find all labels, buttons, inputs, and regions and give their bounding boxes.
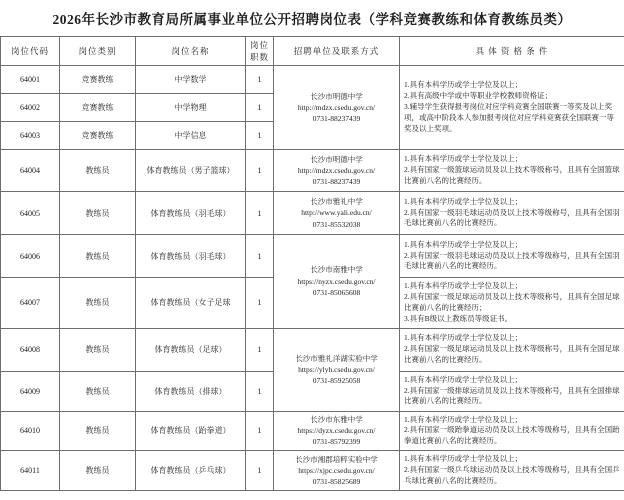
qualification-item: 1.具有本科学历或学士学位及以上；: [404, 80, 620, 91]
qualification-item: 2.具有国家一级篮球运动员及以上技术等级称号，且具有全国篮球比赛前八名的比赛经历…: [404, 165, 620, 187]
unit-name: 长沙市南雅中学: [277, 264, 396, 275]
positions-table: 岗位代码 岗位类别 岗位名称 岗位职数 招聘单位及联系方式 具 体 资 格 条 …: [0, 36, 624, 491]
cell-headcount: 1: [246, 150, 274, 192]
table-row: 64010教练员体育教练员（跆拳道）1长沙市东雅中学https://dyzx.c…: [1, 411, 624, 451]
cell-position-code: 64011: [1, 451, 60, 491]
table-row: 64011教练员体育教练员（乒乓球）1长沙市湘郡培粹实验中学https://xj…: [1, 451, 624, 491]
unit-url: https://nyzx.csedu.gov.cn/: [277, 276, 396, 287]
table-row: 64005教练员体育教练员（羽毛球）1长沙市雅礼中学http://www.yal…: [1, 192, 624, 235]
unit-url: https://ylyh.csedu.gov.cn/: [277, 364, 396, 375]
unit-name: 长沙市雅礼中学: [277, 196, 396, 207]
cell-qualifications: 1.具有本科学历或学士学位及以上；2.具有国家一级跆拳道运动员及以上技术等级称号…: [400, 411, 624, 451]
cell-position-code: 64009: [1, 371, 60, 411]
cell-position-code: 64005: [1, 192, 60, 235]
cell-qualifications: 1.具有本科学历或学士学位及以上；2.具有高级中学或中等职业学校教师资格证；3.…: [400, 66, 624, 150]
table-row: 64006教练员体育教练员（羽毛球）1长沙市南雅中学https://nyzx.c…: [1, 235, 624, 278]
cell-category: 教练员: [60, 278, 136, 329]
unit-phone: 0731-85925058: [277, 375, 396, 386]
unit-name: 长沙市明德中学: [277, 91, 396, 102]
cell-position-code: 64002: [1, 94, 60, 122]
unit-url: https://dyzx.csedu.gov.cn/: [277, 425, 396, 436]
qualification-item: 2.具有国家一级排球运动员及以上技术等级称号，且具有全国排球比赛前八名的比赛经历…: [404, 386, 620, 408]
recruitment-table-page: 2026年长沙市教育局所属事业单位公开招聘岗位表（学科竞赛教练和体育教练员类） …: [0, 0, 624, 500]
cell-position-name: 中学物理: [136, 94, 246, 122]
cell-position-name: 体育教练员（跆拳道）: [136, 411, 246, 451]
cell-position-name: 体育教练员（女子足球: [136, 278, 246, 329]
header-category: 岗位类别: [60, 37, 136, 66]
cell-qualifications: 1.具有本科学历或学士学位及以上；2.具有国家一级羽毛球运动员及以上技术等级称号…: [400, 235, 624, 278]
cell-position-name: 体育教练员（男子篮球）: [136, 150, 246, 192]
cell-position-name: 体育教练员（乒乓球）: [136, 451, 246, 491]
cell-position-code: 64006: [1, 235, 60, 278]
cell-position-code: 64007: [1, 278, 60, 329]
qualification-item: 3.具有B级以上教练员等级证书。: [404, 314, 620, 325]
cell-position-name: 中学数学: [136, 66, 246, 94]
cell-category: 教练员: [60, 451, 136, 491]
cell-position-name: 体育教练员（羽毛球）: [136, 192, 246, 235]
qualification-item: 2.具有国家一级足球运动员及以上技术等级称号，且具有全国足球比赛前八名的比赛经历…: [404, 344, 620, 366]
header-recruiting-unit: 招聘单位及联系方式: [274, 37, 400, 66]
cell-headcount: 1: [246, 278, 274, 329]
qualification-item: 1.具有本科学历或学士学位及以上；: [404, 240, 620, 251]
cell-position-code: 64004: [1, 150, 60, 192]
cell-recruiting-unit: 长沙市明德中学http://mdzx.csedu.gov.cn/0731-882…: [274, 150, 400, 192]
unit-url: http://mdzx.csedu.gov.cn/: [277, 102, 396, 113]
cell-headcount: 1: [246, 235, 274, 278]
cell-headcount: 1: [246, 328, 274, 371]
cell-headcount: 1: [246, 371, 274, 411]
cell-qualifications: 1.具有本科学历或学士学位及以上；2.具有国家一级篮球运动员及以上技术等级称号，…: [400, 150, 624, 192]
cell-position-code: 64010: [1, 411, 60, 451]
table-row: 64004教练员体育教练员（男子篮球）1长沙市明德中学http://mdzx.c…: [1, 150, 624, 192]
table-row: 64008教练员体育教练员（足球）1长沙市雅礼洋湖实验中学https://yly…: [1, 328, 624, 371]
unit-url: http://mdzx.csedu.gov.cn/: [277, 165, 396, 176]
cell-position-name: 中学信息: [136, 122, 246, 150]
qualification-item: 2.具有高级中学或中等职业学校教师资格证；: [404, 91, 620, 102]
cell-headcount: 1: [246, 66, 274, 94]
positions-tbody: 64001竞赛教练中学数学1长沙市明德中学http://mdzx.csedu.g…: [1, 66, 624, 491]
unit-url: https://xjpc.csedu.gov.cn/: [277, 465, 396, 476]
unit-name: 长沙市湘郡培粹实验中学: [277, 454, 396, 465]
qualification-item: 1.具有本科学历或学士学位及以上；: [404, 197, 620, 208]
cell-qualifications: 1.具有本科学历或学士学位及以上；2.具有国家一级排球运动员及以上技术等级称号，…: [400, 371, 624, 411]
qualification-item: 2.具有国家一级足球运动员及以上技术等级称号，且具有全国足球比赛前八名的比赛经历…: [404, 292, 620, 314]
qualification-item: 1.具有本科学历或学士学位及以上；: [404, 415, 620, 426]
header-qualifications: 具 体 资 格 条 件: [400, 37, 624, 66]
table-header: 岗位代码 岗位类别 岗位名称 岗位职数 招聘单位及联系方式 具 体 资 格 条 …: [1, 37, 624, 66]
cell-category: 教练员: [60, 150, 136, 192]
cell-category: 竞赛教练: [60, 66, 136, 94]
cell-recruiting-unit: 长沙市明德中学http://mdzx.csedu.gov.cn/0731-882…: [274, 66, 400, 150]
header-row: 岗位代码 岗位类别 岗位名称 岗位职数 招聘单位及联系方式 具 体 资 格 条 …: [1, 37, 624, 66]
unit-name: 长沙市雅礼洋湖实验中学: [277, 353, 396, 364]
unit-phone: 0731-85792399: [277, 436, 396, 447]
qualification-item: 2.具有国家一级乒乓球运动员及以上技术等级称号，且具有全国乒乓球比赛前八名的比赛…: [404, 465, 620, 487]
cell-position-code: 64008: [1, 328, 60, 371]
qualification-item: 1.具有本科学历或学士学位及以上；: [404, 333, 620, 344]
cell-recruiting-unit: 长沙市雅礼中学http://www.yali.edu.cn/0731-85532…: [274, 192, 400, 235]
cell-category: 教练员: [60, 411, 136, 451]
qualification-item: 1.具有本科学历或学士学位及以上；: [404, 281, 620, 292]
cell-position-name: 体育教练员（羽毛球）: [136, 235, 246, 278]
qualification-item: 3.辅导学生获得报考岗位对应学科竞赛全国联赛一等奖及以上奖项，或高中阶段本人参加…: [404, 102, 620, 135]
qualification-item: 1.具有本科学历或学士学位及以上；: [404, 454, 620, 465]
cell-headcount: 1: [246, 94, 274, 122]
unit-phone: 0731-85065608: [277, 287, 396, 298]
unit-phone: 0731-85825689: [277, 476, 396, 487]
cell-category: 教练员: [60, 371, 136, 411]
qualification-item: 2.具有国家一级羽毛球运动员及以上技术等级称号，且具有全国羽毛球比赛前八名的比赛…: [404, 251, 620, 273]
unit-name: 长沙市东雅中学: [277, 414, 396, 425]
cell-recruiting-unit: 长沙市南雅中学https://nyzx.csedu.gov.cn/0731-85…: [274, 235, 400, 329]
unit-url: http://www.yali.edu.cn/: [277, 207, 396, 218]
cell-qualifications: 1.具有本科学历或学士学位及以上；2.具有国家一级足球运动员及以上技术等级称号，…: [400, 278, 624, 329]
cell-qualifications: 1.具有本科学历或学士学位及以上；2.具有国家一级羽毛球运动员及以上技术等级称号…: [400, 192, 624, 235]
cell-category: 竞赛教练: [60, 94, 136, 122]
cell-category: 教练员: [60, 192, 136, 235]
cell-headcount: 1: [246, 192, 274, 235]
cell-headcount: 1: [246, 122, 274, 150]
cell-recruiting-unit: 长沙市东雅中学https://dyzx.csedu.gov.cn/0731-85…: [274, 411, 400, 451]
cell-position-code: 64001: [1, 66, 60, 94]
cell-headcount: 1: [246, 451, 274, 491]
cell-headcount: 1: [246, 411, 274, 451]
cell-position-code: 64003: [1, 122, 60, 150]
cell-qualifications: 1.具有本科学历或学士学位及以上；2.具有国家一级足球运动员及以上技术等级称号，…: [400, 328, 624, 371]
cell-position-name: 体育教练员（排球）: [136, 371, 246, 411]
cell-category: 教练员: [60, 328, 136, 371]
table-row: 64001竞赛教练中学数学1长沙市明德中学http://mdzx.csedu.g…: [1, 66, 624, 94]
unit-phone: 0731-88237439: [277, 176, 396, 187]
page-title: 2026年长沙市教育局所属事业单位公开招聘岗位表（学科竞赛教练和体育教练员类）: [0, 0, 624, 36]
qualification-item: 2.具有国家一级跆拳道运动员及以上技术等级称号，且具有全国跆拳道比赛前八名的比赛…: [404, 425, 620, 447]
header-position-name: 岗位名称: [136, 37, 246, 66]
header-position-code: 岗位代码: [1, 37, 60, 66]
cell-qualifications: 1.具有本科学历或学士学位及以上；2.具有国家一级乒乓球运动员及以上技术等级称号…: [400, 451, 624, 491]
qualification-item: 1.具有本科学历或学士学位及以上；: [404, 154, 620, 165]
unit-phone: 0731-85532038: [277, 219, 396, 230]
cell-category: 竞赛教练: [60, 122, 136, 150]
cell-recruiting-unit: 长沙市湘郡培粹实验中学https://xjpc.csedu.gov.cn/073…: [274, 451, 400, 491]
cell-recruiting-unit: 长沙市雅礼洋湖实验中学https://ylyh.csedu.gov.cn/073…: [274, 328, 400, 411]
unit-name: 长沙市明德中学: [277, 154, 396, 165]
qualification-item: 1.具有本科学历或学士学位及以上；: [404, 375, 620, 386]
unit-phone: 0731-88237439: [277, 113, 396, 124]
qualification-item: 2.具有国家一级羽毛球运动员及以上技术等级称号，且具有全国羽毛球比赛前八名的比赛…: [404, 208, 620, 230]
cell-position-name: 体育教练员（足球）: [136, 328, 246, 371]
header-headcount: 岗位职数: [246, 37, 274, 66]
cell-category: 教练员: [60, 235, 136, 278]
